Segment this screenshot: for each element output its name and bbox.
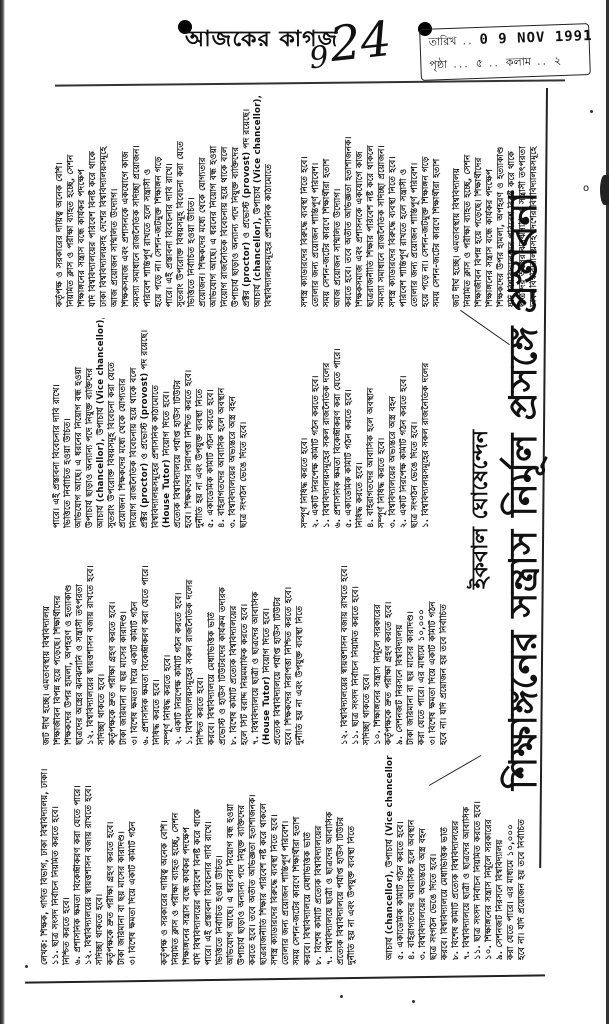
- text-line: ৭. বিশ্ববিদ্যালয়ে ছাত্রী ও ছাত্রদের আবা…: [251, 535, 261, 745]
- text-line: শিক্ষকদের উপর হামলা, অপহরণ ও হত্যাকাণ্ড: [496, 92, 506, 307]
- text-line: ৬. প্রশাসনিক ক্ষমতা বিকেন্দ্রীকরণ করা যে…: [333, 318, 343, 528]
- text-line: অভিযোগ আছে। এ ধরনের নিয়োগ বন্ধ হওয়া: [74, 318, 84, 528]
- article-byline: ইকবাল ঘোষেন্দেন: [462, 430, 499, 589]
- text-line: ছাত্রদের অস্ত্রের ঝনঝনানি ও সন্ত্রাসী তৎ…: [75, 535, 85, 745]
- text-line: শিক্ষকসমাজ এবং প্রশাসনকে একযোগে কাজ: [121, 92, 131, 307]
- text-line: সমস্যা সমাধানে রাজনৈতিক সদিচ্ছা প্রয়োজন…: [132, 92, 142, 307]
- text-line: সদিচ্ছা থাকতে হবে।: [362, 535, 372, 745]
- text-line: আচার্য (chancellor), উপাচার্য (Vice chan…: [253, 92, 263, 307]
- text-line: যদি বিশ্ববিদ্যালয়ের পরিবেশ বিনষ্ট করে থ…: [88, 92, 98, 307]
- text-line: সুতরাং উপরোক্ত বিষয়সমূহ বিবেচনা করা যেত…: [107, 318, 117, 528]
- text-line: ৮. বিশেষ কমিটি প্রত্যেক বিশ্ববিদ্যালয়ের: [314, 755, 324, 965]
- text-line: আজ প্রয়োজন সম্মিলিত উদ্যোগ।: [333, 92, 343, 307]
- text-line: দুর্নীতি হয় না এবং উপযুক্ত ব্যবস্থা নিত…: [295, 535, 305, 745]
- text-line: ৫. একাডেমিক কমিটি গঠন করতে হবে।: [344, 318, 354, 528]
- text-line: তোলার জন্য প্রয়োজন শান্তিপূর্ণ পরিবেশ।: [410, 92, 420, 307]
- text-line: ছাত্র সংগঠন ভেঙে দিতে হবে।: [429, 755, 439, 960]
- text-line: পারে। এই প্রস্তাবনা বিবেচনার দাবি রাখে।: [204, 755, 214, 965]
- text-line: কর্তৃপক্ষ ও সরকারের দায়িত্ব অনেক বেশি।: [55, 92, 65, 307]
- text-line: ঢাকা বিশ্ববিদ্যালয়সহ দেশের বিশ্ববিদ্যাল…: [529, 92, 539, 307]
- handwritten-file-number: 9 24: [327, 11, 394, 73]
- text-line: নিয়োগ রাজনৈতিক বিবেচনায় হয়ে থাকে বলে: [220, 92, 230, 307]
- text-line: ৬. প্রশাসনিক ক্ষমতা বিকেন্দ্রীকরণ করা যে…: [73, 755, 83, 965]
- text-line: ৫. একাডেমিক কমিটি গঠন করতে হবে।: [206, 318, 216, 528]
- text-line: সময় সেশন-জটের কারণে শিক্ষার্থীরা হতাশ: [292, 755, 302, 965]
- text-line: ১. বিশ্ববিদ্যালয়সমূহের সকল রাজনৈতিক দলে…: [322, 318, 332, 528]
- clipping-bottom-edge: [25, 974, 545, 983]
- scan-artifact: [600, 175, 609, 205]
- scan-speck: [590, 110, 593, 113]
- stamp-date-label: তারিখ: [428, 33, 457, 53]
- text-line: নিয়মিত ক্লাস ও পরীক্ষা ব্যাহত হচ্ছে, সে…: [66, 92, 76, 307]
- text-line: করতে হবে। তবে অতীত অভিজ্ঞতা হতাশাজনক।: [248, 755, 258, 965]
- text-line: বিশ্ববিদ্যালয়সমূহের প্রশাসনিক কাঠামোতে: [264, 92, 274, 307]
- stamp-column-label: কলাম: [506, 53, 532, 73]
- text-line: প্রক্টর (proctor) ও প্রভোস্ট (provost) প…: [242, 92, 252, 307]
- article-column-4: ১. বিশ্ববিদ্যালয়সমূহের সকল রাজনৈতিক দলে…: [300, 318, 440, 528]
- text-line: সুতরাং উপরোক্ত বিষয়সমূহ বিবেচনা করা যেত…: [176, 92, 186, 307]
- text-line: পরিবেশ শান্তিপূর্ণ রাখতে হলে সন্ত্রাসী ও: [143, 92, 153, 307]
- text-line: করবে। বিশ্ববিদ্যালয়ে মেধাভিত্তিক ভর্তি: [440, 755, 450, 960]
- text-line: ৭. বিশ্ববিদ্যালয়ে ছাত্রী ও ছাত্রদের আবা…: [462, 755, 472, 960]
- date-stamp: তারিখ .. 0 9 NOV 1991 পৃষ্ঠা ... ৫ .. কল…: [419, 23, 591, 81]
- text-line: আচার্য (chancellor), উপাচার্য (Vice chan…: [385, 755, 395, 960]
- text-line: ৩. বিশ্ববিদ্যালয়ের অভ্যন্তরে অস্ত্র বহন: [418, 755, 428, 960]
- text-line: দুর্নীতি হয় না এবং উপযুক্ত ব্যবস্থা নিত…: [195, 318, 205, 528]
- text-line: টাকা জরিমানা বা ছয় মাসের কারাদণ্ড।: [119, 535, 129, 745]
- article-column-2: সময় সেশন-জটের কারণে শিক্ষার্থীরা হতাশ হ…: [300, 92, 450, 307]
- text-line: পারে। এই প্রস্তাবনা বিবেচনার দাবি রাখে।: [165, 92, 175, 307]
- text-line: ৯. সেশনজট নিরসনে বিশ্ববিদ্যালয়: [395, 535, 405, 745]
- text-line: নিষিদ্ধ করতে হবে।: [355, 318, 365, 528]
- text-line: উপাচার্য ছাড়াও অন্যান্য পদে নিযুক্ত ব্য…: [237, 755, 247, 965]
- text-line: সদিচ্ছা থাকতে হবে।: [97, 535, 107, 745]
- text-line: সম্পূর্ণ নিষিদ্ধ করতে হবে।: [377, 318, 387, 528]
- text-line: অভিযোগ আছে। এ ধরনের নিয়োগ বন্ধ হওয়া: [226, 755, 236, 965]
- text-line: করবে। বিশ্ববিদ্যালয়ে মেধাভিত্তিক ভর্তি: [207, 535, 217, 745]
- text-line: সদিচ্ছা থাকতে হবে।: [95, 755, 105, 965]
- text-line: আচার্য (chancellor), উপাচার্য (Vice chan…: [96, 318, 106, 528]
- text-line: ভিত্তিতে নির্বাচিত হওয়া উচিত।: [215, 755, 225, 965]
- article-headline: শিক্ষাঙ্গনের সন্ত্রাস নির্মূল প্রসঙ্গে প…: [500, 320, 546, 790]
- scan-speck: [340, 995, 343, 998]
- text-line: হলে সিট বরাদ্দ নিয়মমাফিক করতে হবে।: [240, 535, 250, 745]
- text-line: ৩. বিশ্ববিদ্যালয়ের অভ্যন্তরে অস্ত্র বহন: [388, 318, 398, 528]
- text-line: ১১. ছাত্র সংসদ নির্বাচন নিয়মিত করতে হবে…: [51, 755, 61, 965]
- text-line: নিয়মিত ক্লাস ও পরীক্ষা ব্যাহত হচ্ছে, সে…: [171, 755, 181, 965]
- text-line: হয়ে পড়ে না। সেশন-জটমুক্ত শিক্ষাঙ্গন গড…: [154, 92, 164, 307]
- text-line: ছাত্র সংগঠন ভেঙে দিতে হবে।: [239, 318, 249, 528]
- text-line: ৩। বিশেষ ক্ষমতা দিয়ে একটি কমিটি গঠন: [130, 535, 140, 745]
- text-line: করতে হবে। তবে অতীত অভিজ্ঞতা হতাশাজনক।: [344, 92, 354, 307]
- text-line: টাকা জরিমানা বা ছয় মাসের কারাদণ্ড।: [117, 755, 127, 965]
- stamp-page-label: পৃষ্ঠা: [429, 56, 447, 76]
- text-line: হয়ে পড়ে না। সেশন-জটমুক্ত শিক্ষাঙ্গন গড…: [421, 92, 431, 307]
- text-line: নিয়োগ রাজনৈতিক বিবেচনায় হয়ে থাকে বলে: [129, 318, 139, 528]
- text-line: ১. বিশ্ববিদ্যালয়সমূহের সকল রাজনৈতিক দলে…: [185, 535, 195, 745]
- text-line: শিক্ষকসমাজ এবং প্রশাসনকে একযোগে কাজ: [355, 92, 365, 307]
- text-line: ৪. বহিরাগতদের আবাসিক হলে অবস্থান: [366, 318, 376, 528]
- text-line: ১০. শিক্ষাঙ্গনের সন্ত্রাস নির্মূলে সরকার…: [484, 755, 494, 960]
- text-line: ৮. বিশেষ কমিটি প্রত্যেক বিশ্ববিদ্যালয়ের: [229, 535, 239, 745]
- text-line: উপাচার্য ছাড়াও অন্যান্য পদে নিযুক্ত ব্য…: [85, 318, 95, 528]
- text-line: হবে। শিক্ষকদের নিরাপত্তা নিশ্চিত করতে হব…: [184, 318, 194, 528]
- text-line: ১১. ছাত্র সংসদ নির্বাচন নিয়মিত করতে হবে…: [473, 755, 483, 960]
- text-line: তোলার জন্য প্রয়োজন শান্তিপূর্ণ পরিবেশ।: [281, 755, 291, 965]
- text-line: ১২. বিশ্ববিদ্যালয়ের স্বায়ত্তশাসন বজায়…: [340, 535, 350, 745]
- text-line: দুর্নীতি হয় না এবং উপযুক্ত ব্যবস্থা নিত…: [347, 755, 357, 965]
- article-column-5: ছাত্র সংগঠন ভেঙে দিতে হবে। ৩. বিশ্ববিদ্য…: [52, 318, 292, 528]
- text-line: হবে না। যদি প্রয়োজন হয় তবে নির্বাচিত: [439, 535, 449, 745]
- handwritten-number: 24: [327, 11, 394, 73]
- margin-mark: o: [583, 183, 589, 194]
- stamp-page-value: ৫: [475, 55, 483, 74]
- text-line: সময় সেশন-জটের কারণে শিক্ষার্থীরা হতাশ: [432, 92, 442, 307]
- text-line: করা যেতে পারে। এর মাধ্যমে ১০,০০০: [417, 535, 427, 745]
- text-line: প্রয়োজন। শিক্ষকদের মধ্যে থেকে যোগ্যতার: [118, 318, 128, 528]
- text-line: ভিত্তিতে নির্বাচিত হওয়া উচিত।: [187, 92, 197, 307]
- article-column-1: ঢাকা বিশ্ববিদ্যালয়সহ দেশের বিশ্ববিদ্যাল…: [452, 92, 540, 307]
- text-line: শিক্ষাঙ্গনের সন্ত্রাস বন্ধে কার্যকর পদক্…: [182, 755, 192, 965]
- text-line: নিয়মিত ক্লাস ও পরীক্ষা ব্যাহত হচ্ছে, সে…: [463, 92, 473, 307]
- text-line: কর্তৃপক্ষ ও সরকারের দায়িত্ব অনেক বেশি।: [160, 755, 170, 965]
- text-line: টাকা জরিমানা বা ছয় মাসের কারাদণ্ড।: [406, 535, 416, 745]
- text-line: পারে। এই প্রস্তাবনা বিবেচনার দাবি রাখে।: [52, 318, 62, 528]
- text-line: ভিত্তিতে নির্বাচিত হওয়া উচিত।: [63, 318, 73, 528]
- article-column-8: হবে না। যদি প্রয়োজন হয় তবে নির্বাচিত ক…: [385, 755, 545, 960]
- article-column-10: ৩। বিশেষ ক্ষমতা দিয়ে একটি কমিটি গঠন টাক…: [40, 755, 155, 965]
- text-line: ১২. বিশ্ববিদ্যালয়ের স্বায়ত্তশাসন বজায়…: [84, 755, 94, 965]
- text-line: প্রত্যেক বিশ্ববিদ্যালয়ে পর্যাপ্ত হাউস ট…: [273, 535, 283, 745]
- text-line: যদি বিশ্ববিদ্যালয়ের পরিবেশ বিনষ্ট করে থ…: [193, 755, 203, 965]
- text-line: ছাত্ররাজনীতি শিক্ষার পরিবেশ নষ্ট করে থাক…: [366, 92, 376, 307]
- clipping-top-edge: [55, 79, 565, 89]
- text-line: কর্তৃপক্ষকে দ্রুত পরীক্ষা গ্রহণ করতে হবে…: [384, 535, 394, 745]
- text-line: ১. বিশ্ববিদ্যালয়সমূহের সকল রাজনৈতিক দলে…: [421, 318, 431, 528]
- text-line: যদি বিশ্ববিদ্যালয়ের পরিবেশ বিনষ্ট করে থ…: [507, 92, 517, 307]
- text-line: করা যেতে পারে। এর মাধ্যমে ১০,০০০: [506, 755, 516, 960]
- text-line: নিষিদ্ধ করতে হবে।: [152, 535, 162, 745]
- scan-speck: [25, 965, 28, 968]
- text-line: শিক্ষাজীবন বিপন্ন হয়ে পড়েছে। শিক্ষার্থ…: [53, 535, 63, 745]
- text-line: ৩। বিশেষ ক্ষমতা দিয়ে একটি কমিটি গঠন: [128, 755, 138, 965]
- text-line: হবে না। যদি প্রয়োজন হয় তবে নির্বাচিত: [517, 755, 527, 960]
- handwritten-prefix: 9: [308, 40, 331, 77]
- text-line: কর্তৃপক্ষকে দ্রুত পরীক্ষা গ্রহণ করতে হবে…: [106, 755, 116, 965]
- article-column-6: হবে না। যদি প্রয়োজন হয় তবে নির্বাচিত ৩…: [340, 535, 460, 745]
- text-line: ৪. বহিরাগতদের আবাসিক হলে অবস্থান: [217, 318, 227, 528]
- text-line: প্রত্যেক বিশ্ববিদ্যালয়ে পর্যাপ্ত হাউস ট…: [336, 755, 346, 965]
- text-line: প্রত্যেক বিশ্ববিদ্যালয়ে পর্যাপ্ত হাউস ট…: [173, 318, 183, 528]
- text-line: সম্পূর্ণ নিষিদ্ধ করতে হবে।: [300, 318, 310, 528]
- text-line: প্রভোস্ট ও হাউস টিউটরদের কার্যক্রম তদারক: [218, 535, 228, 745]
- stamp-column-value: ২: [554, 52, 562, 71]
- scan-speck: [412, 1000, 415, 1003]
- text-line: আজ প্রয়োজন সম্মিলিত উদ্যোগ।: [110, 92, 120, 307]
- text-line: সমস্যা সমাধানে রাজনৈতিক সদিচ্ছা প্রয়োজন…: [377, 92, 387, 307]
- text-line: সশস্ত্র ক্যাডারদের বিরুদ্ধে ব্যবস্থা নিত…: [300, 92, 310, 307]
- text-line: করবে। বিশ্ববিদ্যালয়ে মেধাভিত্তিক ভর্তি: [303, 755, 313, 965]
- text-line: জট দীর্ঘ হচ্ছে। এমতাবস্থায় বিশ্ববিদ্যাল…: [452, 92, 462, 307]
- text-line: ৬. প্রশাসনিক ক্ষমতা বিকেন্দ্রীকরণ করা যে…: [141, 535, 151, 745]
- text-line: ১১. ছাত্র সংসদ নির্বাচন নিয়মিত করতে হবে…: [351, 535, 361, 745]
- text-line: (House Tutor) নিয়োগ দিতে হবে।: [262, 535, 272, 745]
- text-line: শিক্ষাজীবন বিপন্ন হয়ে পড়েছে। শিক্ষার্থ…: [474, 92, 484, 307]
- stamp-date-value: 0 9 NOV 1991: [479, 28, 593, 48]
- text-line: ছাত্রদের অস্ত্রের ঝনঝনানি ও সন্ত্রাসী তৎ…: [518, 92, 528, 307]
- text-line: ছাত্ররাজনীতি শিক্ষার পরিবেশ নষ্ট করে থাক…: [259, 755, 269, 965]
- text-line: শিক্ষাঙ্গনের সন্ত্রাস বন্ধে কার্যকর পদক্…: [77, 92, 87, 307]
- text-line: ছাত্র সংগঠন ভেঙে দিতে হবে।: [410, 318, 420, 528]
- scan-shadow-left: [0, 0, 5, 1024]
- text-line: সময় সেশন-জটের কারণে শিক্ষার্থীরা হতাশ: [322, 92, 332, 307]
- text-line: ৫. একাডেমিক কমিটি গঠন করতে হবে।: [396, 755, 406, 960]
- text-line: ৮. বিশেষ কমিটি প্রত্যেক বিশ্ববিদ্যালয়ের: [451, 755, 461, 960]
- text-line: শিক্ষাঙ্গনের সন্ত্রাস বন্ধে কার্যকর পদক্…: [485, 92, 495, 307]
- text-line: পরিবেশ শান্তিপূর্ণ রাখতে হলে সন্ত্রাসী ও: [399, 92, 409, 307]
- text-line: ১০. শিক্ষাঙ্গনের সন্ত্রাস নির্মূলে সরকার…: [373, 535, 383, 745]
- text-line: ২. একটি নিরপেক্ষ কমিটি গঠন করতে হবে।: [311, 318, 321, 528]
- text-line: নিশ্চিত করতে হবে।: [196, 535, 206, 745]
- article-column-9: দুর্নীতি হয় না এবং উপযুক্ত ব্যবস্থা নিত…: [160, 755, 380, 965]
- text-line: ঢাকা বিশ্ববিদ্যালয়সহ দেশের বিশ্ববিদ্যাল…: [99, 92, 109, 307]
- text-line: অভিযোগ আছে। এ ধরনের নিয়োগ বন্ধ হওয়া: [209, 92, 219, 307]
- text-line: সশস্ত্র ক্যাডারদের বিরুদ্ধে ব্যবস্থা নিত…: [270, 755, 280, 965]
- article-column-3: বিশ্ববিদ্যালয়সমূহের প্রশাসনিক কাঠামোতে …: [55, 92, 295, 307]
- text-line: উপাচার্য ছাড়াও অন্যান্য পদে নিযুক্ত ব্য…: [231, 92, 241, 307]
- text-line: বিশ্ববিদ্যালয়সমূহের প্রশাসনিক কাঠামোতে: [151, 318, 161, 528]
- text-line: কর্তৃপক্ষকে দ্রুত পরীক্ষা গ্রহণ করতে হবে…: [108, 535, 118, 745]
- text-line: (House Tutor) নিয়োগ দিতে হবে।: [162, 318, 172, 528]
- text-line: ৩। বিশেষ ক্ষমতা দিয়ে একটি কমিটি গঠন: [428, 535, 438, 745]
- text-line: তোলার জন্য প্রয়োজন শান্তিপূর্ণ পরিবেশ।: [311, 92, 321, 307]
- text-line: ২. একটি নিরপেক্ষ কমিটি গঠন করতে হবে।: [399, 318, 409, 528]
- article-column-7: দুর্নীতি হয় না এবং উপযুক্ত ব্যবস্থা নিত…: [42, 535, 334, 745]
- text-line: প্রক্টর (proctor) ও প্রভোস্ট (provost) প…: [140, 318, 150, 528]
- text-line: নিশ্চিত করতে হবে।: [62, 755, 72, 965]
- text-line: শিক্ষকদের উপর হামলা, অপহরণ ও হত্যাকাণ্ড: [64, 535, 74, 745]
- text-line: ৩. বিশ্ববিদ্যালয়ের অভ্যন্তরে অস্ত্র বহন: [228, 318, 238, 528]
- text-line: প্রয়োজন। শিক্ষকদের মধ্যে থেকে যোগ্যতার: [198, 92, 208, 307]
- text-line: ৭. বিশ্ববিদ্যালয়ে ছাত্রী ও ছাত্রদের আবা…: [325, 755, 335, 965]
- text-line: জট দীর্ঘ হচ্ছে। এমতাবস্থায় বিশ্ববিদ্যাল…: [42, 535, 52, 745]
- text-line: সশস্ত্র ক্যাডারদের বিরুদ্ধে ব্যবস্থা নিত…: [388, 92, 398, 307]
- text-line: ১২. বিশ্ববিদ্যালয়ের স্বায়ত্তশাসন বজায়…: [86, 535, 96, 745]
- text-line: সম্পূর্ণ নিষিদ্ধ করতে হবে।: [163, 535, 173, 745]
- text-line: হবে। শিক্ষকদের নিরাপত্তা নিশ্চিত করতে হব…: [284, 535, 294, 745]
- text-line: ৯. সেশনজট নিরসনে বিশ্ববিদ্যালয়: [495, 755, 505, 960]
- text-line: ৪. বহিরাগতদের আবাসিক হলে অবস্থান: [407, 755, 417, 960]
- author-note: লেখক: শিক্ষক, গণিত বিভাগ, ঢাকা বিশ্ববিদ্…: [40, 755, 50, 965]
- text-line: ২. একটি নিরপেক্ষ কমিটি গঠন করতে হবে।: [174, 535, 184, 745]
